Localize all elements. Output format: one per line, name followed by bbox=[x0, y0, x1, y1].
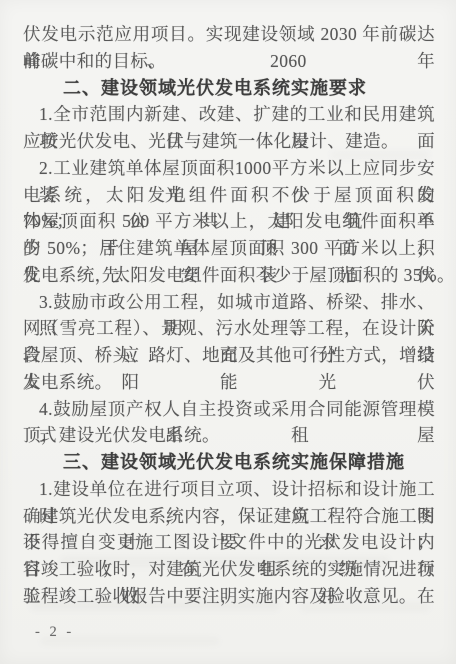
document-line: 1.全市范围内新建、改建、扩建的工业和民用建筑项目屋面 bbox=[23, 101, 435, 128]
document-line: 工程竣工验收报告中要注明实施内容及验收意见。 bbox=[23, 583, 435, 610]
document-line: 3.鼓励市政公用工程，如城市道路、桥梁、排水、照明、天 bbox=[23, 289, 435, 316]
document-line: 确建筑光伏发电系统内容，保证建筑工程符合施工图设计要求； bbox=[23, 503, 435, 530]
document-line: 应按光伏发电、光伏与建筑一体化设计、建造。 bbox=[23, 128, 435, 155]
scanned-document-page: 伏发电示范应用项目。实现建设领域 2030 年前碳达峰、2060 年 前碳中和的… bbox=[0, 0, 456, 664]
document-line: 1.建设单位在进行项目立项、设计招标和设计施工时，应明 bbox=[23, 476, 435, 503]
document-line: 4.鼓励屋顶产权人自主投资或采用合同能源管理模式出租屋 bbox=[23, 396, 435, 423]
document-line: 伏发电示范应用项目。实现建设领域 2030 年前碳达峰、2060 年 bbox=[23, 21, 435, 48]
document-line: 电系统，太阳发电组件面积不少于屋顶面积的 70%；公共建筑单 bbox=[23, 182, 435, 209]
section-heading: 二、建设领域光伏发电系统实施要求 bbox=[23, 75, 435, 102]
document-line: 发电系统，太阳发电组件面积不少于屋顶面积的 35%。 bbox=[23, 262, 435, 289]
document-body: 伏发电示范应用项目。实现建设领域 2030 年前碳达峰、2060 年 前碳中和的… bbox=[0, 0, 456, 642]
document-line: 的 50%；居住建筑单体屋顶面积 300 平方米以上，优先安装光伏 bbox=[23, 235, 435, 262]
document-line: 不得擅自变更施工图设计文件中的光伏发电设计内容；在组织项 bbox=[23, 529, 435, 556]
document-line: 体屋顶面积 500 平方米以上，太阳发电组件面积不少于屋顶面积 bbox=[23, 208, 435, 235]
document-line: 2.工业建筑单体屋顶面积1000平方米以上应同步安装光伏发 bbox=[23, 155, 435, 182]
document-line: 合屋顶、桥头、路灯、地面及其他可行性方式，增设太阳能光伏 bbox=[23, 342, 435, 369]
document-line: 目竣工验收时，对建筑光伏发电系统的实施情况进行验收，并在 bbox=[23, 556, 435, 583]
document-line: 网（雪亮工程）、景观、污水处理等工程，在设计阶段应充分结 bbox=[23, 315, 435, 342]
section-heading: 三、建设领域光伏发电系统实施保障措施 bbox=[23, 449, 435, 476]
page-number: - 2 - bbox=[23, 622, 435, 642]
